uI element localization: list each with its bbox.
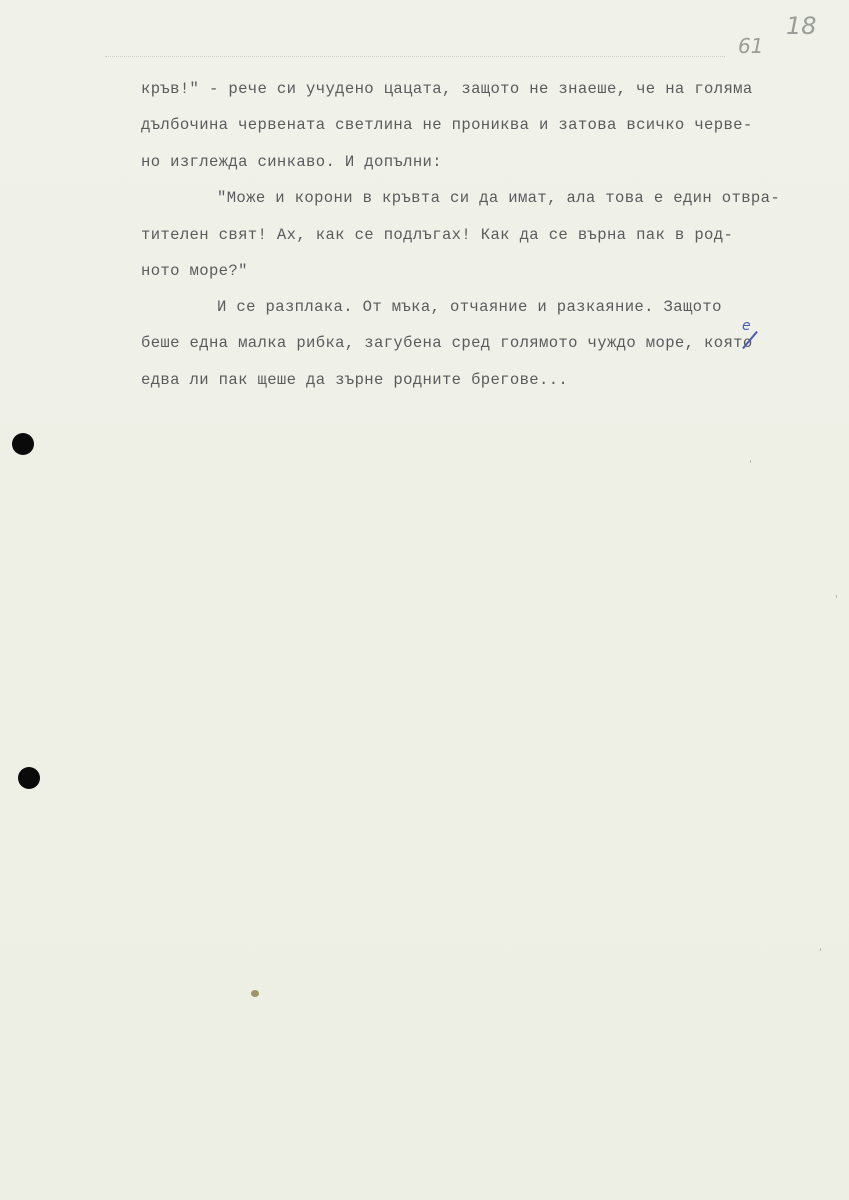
paper-speck [836,595,837,598]
text-line: беше една малка рибка, загубена сред гол… [141,334,753,352]
page-number: 18 [786,12,817,40]
text-line: едва ли пак щеше да зърне родните брегов… [141,371,568,389]
document-page: 61 18 кръв!" - рече си учудено цацата, з… [0,0,849,1200]
paper-stain [251,990,259,997]
text-line: ното море?" [141,262,248,280]
archive-number: 61 [738,34,763,58]
text-line: кръв!" - рече си учудено цацата, защото … [141,80,753,98]
text-line: дълбочина червената светлина не прониква… [141,116,753,134]
text-line: "Може и корони в кръвта си да имат, ала … [217,189,780,207]
paper-speck [750,460,751,463]
paper-speck [820,948,821,951]
faint-top-rule [105,56,725,58]
punch-hole-top [12,433,34,455]
text-line: но изглежда синкаво. И допълни: [141,153,442,171]
text-line: тителен свят! Ах, как се подлъгах! Как д… [141,226,733,244]
punch-hole-bottom [18,767,40,789]
handwritten-correction-mark: е [742,318,751,334]
text-line: И се разплака. От мъка, отчаяние и разка… [217,298,722,316]
